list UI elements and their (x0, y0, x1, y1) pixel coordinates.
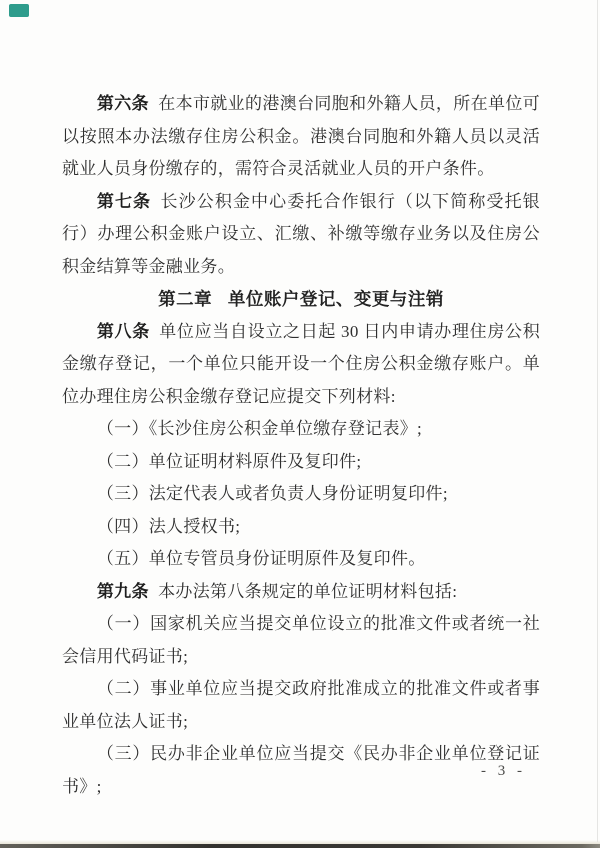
list-item: （一）国家机关应当提交单位设立的批准文件或者统一社会信用代码证书; (62, 608, 540, 673)
page-number: - 3 - (481, 763, 526, 780)
document-body: 第六条在本市就业的港澳台同胞和外籍人员，所在单位可以按照本办法缴存住房公积金。港… (62, 88, 540, 803)
list-item: （四）法人授权书; (62, 511, 540, 544)
chapter-title: 单位账户登记、变更与注销 (228, 289, 444, 309)
document-page: 第六条在本市就业的港澳台同胞和外籍人员，所在单位可以按照本办法缴存住房公积金。港… (0, 0, 600, 848)
article-number-label: 第八条 (97, 322, 150, 341)
list-item: （一）《长沙住房公积金单位缴存登记表》; (62, 413, 540, 446)
chapter-number-label: 第二章 (158, 289, 212, 309)
list-item: （三）民办非企业单位应当提交《民办非企业单位登记证书》; (62, 738, 540, 803)
article-number-label: 第七条 (97, 192, 151, 211)
list-item: （三）法定代表人或者负责人身份证明复印件; (62, 478, 540, 511)
chapter-heading: 第二章单位账户登记、变更与注销 (62, 283, 540, 316)
right-scan-line (597, 0, 598, 842)
list-item: （二）事业单位应当提交政府批准成立的批准文件或者事业单位法人证书; (62, 673, 540, 738)
article-number-label: 第六条 (97, 94, 149, 113)
article-paragraph: 第九条本办法第八条规定的单位证明材料包括: (62, 576, 540, 609)
bottom-scan-edge (0, 844, 600, 848)
article-text: 本办法第八条规定的单位证明材料包括: (158, 582, 457, 601)
list-item: （二）单位证明材料原件及复印件; (62, 446, 540, 479)
article-number-label: 第九条 (97, 582, 149, 601)
article-paragraph: 第七条长沙公积金中心委托合作银行（以下简称受托银行）办理公积金账户设立、汇缴、补… (62, 186, 540, 284)
scan-artifact-mark (9, 4, 29, 17)
article-paragraph: 第八条单位应当自设立之日起 30 日内申请办理住房公积金缴存登记，一个单位只能开… (62, 316, 540, 414)
article-paragraph: 第六条在本市就业的港澳台同胞和外籍人员，所在单位可以按照本办法缴存住房公积金。港… (62, 88, 540, 186)
list-item: （五）单位专管员身份证明原件及复印件。 (62, 543, 540, 576)
